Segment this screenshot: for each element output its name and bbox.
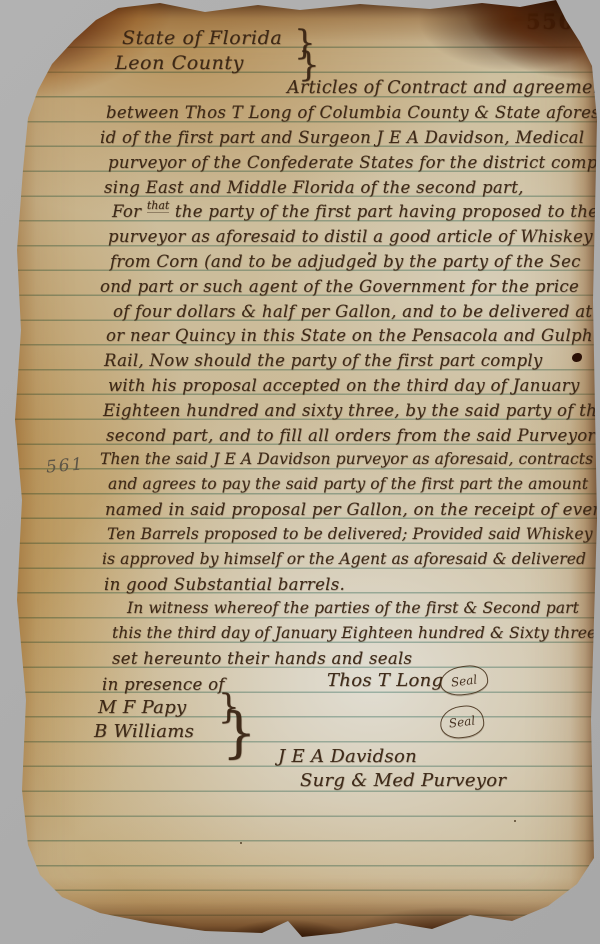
- manuscript-line: Rail, Now should the party of the first …: [104, 353, 543, 370]
- heading-line: Leon County: [115, 54, 244, 73]
- manuscript-line: Ten Barrels proposed to be delivered; Pr…: [107, 527, 593, 543]
- paper-speck: [368, 252, 371, 255]
- seal-stamp: Seal: [438, 663, 489, 698]
- caret-rest: the party of the first part having propo…: [175, 202, 598, 221]
- seal-label: Seal: [450, 672, 478, 689]
- manuscript-line: this the third day of January Eighteen h…: [112, 626, 596, 642]
- manuscript-line: purveyor as aforesaid to distil a good a…: [108, 229, 593, 246]
- manuscript-line: with his proposal accepted on the third …: [108, 378, 580, 395]
- seal-stamp: Seal: [438, 703, 486, 740]
- manuscript-line: is approved by himself or the Agent as a…: [102, 552, 586, 568]
- photo-backdrop: 556 State of Florida Leon County } } Art…: [0, 0, 600, 944]
- manuscript-line: in good Substantial barrels.: [104, 577, 345, 594]
- manuscript-line: set hereunto their hands and seals: [112, 651, 412, 668]
- manuscript-line: purveyor of the Confederate States for t…: [108, 155, 600, 172]
- manuscript-paper: 556 State of Florida Leon County } } Art…: [0, 0, 600, 944]
- heading-line: State of Florida: [122, 29, 282, 48]
- ink-blot: [572, 353, 582, 362]
- manuscript-line: or near Quincy in this State on the Pens…: [106, 328, 593, 345]
- signature-long: Thos T Long: [327, 672, 443, 690]
- brace-glyph: }: [222, 706, 257, 760]
- manuscript-content: State of Florida Leon County } } Article…: [0, 0, 600, 944]
- manuscript-line: In witness whereof the parties of the fi…: [127, 601, 579, 617]
- margin-number: 561: [45, 454, 85, 477]
- manuscript-line: sing East and Middle Florida of the seco…: [104, 180, 524, 197]
- manuscript-line: named in said proposal per Gallon, on th…: [105, 502, 600, 519]
- manuscript-line-caret: For that the party of the first part hav…: [112, 204, 598, 221]
- manuscript-line: Then the said J E A Davidson purveyor as…: [100, 452, 593, 468]
- paper-speck: [240, 842, 242, 844]
- seal-label: Seal: [448, 713, 476, 730]
- manuscript-line: ond part or such agent of the Government…: [100, 279, 579, 296]
- signature-davidson: J E A Davidson: [278, 748, 417, 766]
- witness-name: B Williams: [94, 723, 194, 741]
- caret-insertion: that: [147, 199, 169, 213]
- signature-title: Surg & Med Purveyor: [300, 772, 506, 790]
- manuscript-line: and agrees to pay the said party of the …: [108, 477, 588, 493]
- manuscript-line: second part, and to fill all orders from…: [106, 428, 596, 445]
- witness-name: M F Papy: [98, 699, 187, 717]
- brace-glyph: }: [298, 48, 320, 82]
- document-title: Articles of Contract and agreement: [287, 80, 600, 98]
- manuscript-line: of four dollars & half per Gallon, and t…: [113, 304, 592, 321]
- witness-label: in presence of: [102, 677, 225, 694]
- manuscript-line: between Thos T Long of Columbia County &…: [106, 105, 600, 122]
- manuscript-line: Eighteen hundred and sixty three, by the…: [103, 403, 600, 420]
- paper-speck: [514, 820, 516, 822]
- caret-pre: For: [112, 202, 141, 221]
- manuscript-line: from Corn (and to be adjudged by the par…: [110, 254, 581, 271]
- manuscript-line: id of the first part and Surgeon J E A D…: [100, 130, 584, 147]
